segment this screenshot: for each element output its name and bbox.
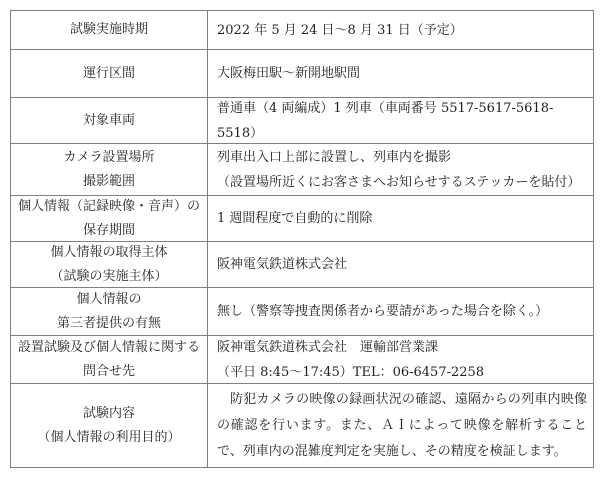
label-line: 試験実施時期 (70, 18, 148, 42)
row-value: 阪神電気鉄道株式会社 (208, 242, 593, 287)
table-row: カメラ設置場所 撮影範囲 列車出入口上部に設置し、列車内を撮影 （設置場所近くに… (11, 143, 593, 195)
row-label: 試験内容 （個人情報の利用目的） (11, 384, 208, 467)
row-value: 1 週間程度で自動的に削除 (208, 196, 593, 241)
row-label: 設置試験及び個人情報に関する 問合せ先 (11, 336, 208, 383)
table-row: 個人情報の取得主体 （試験の実施主体） 阪神電気鉄道株式会社 (11, 241, 593, 287)
value-line: 阪神電気鉄道株式会社 (217, 252, 587, 277)
row-value: 防犯カメラの映像の録画状況の確認、遠隔からの列車内映像の確認を行います。また、Ａ… (208, 384, 593, 467)
row-value: 列車出入口上部に設置し、列車内を撮影 （設置場所近くにお客さまへお知らせするステ… (208, 144, 593, 195)
value-line: （平日 8:45～17:45）TEL：06-6457-2258 (217, 360, 587, 385)
table-row: 個人情報の 第三者提供の有無 無し（警察等捜査関係者から要請があった場合を除く。… (11, 287, 593, 335)
table-row: 試験実施時期 2022 年 5 月 24 日～8 月 31 日（予定） (11, 11, 593, 49)
row-value: 普通車（4 両編成）1 列車（車両番号 5517-5617-5618-5518） (208, 98, 593, 143)
value-line: （設置場所近くにお客さまへお知らせするステッカーを貼付） (217, 170, 587, 195)
table-row: 対象車両 普通車（4 両編成）1 列車（車両番号 5517-5617-5618-… (11, 97, 593, 143)
row-label: 対象車両 (11, 98, 208, 143)
label-line: 個人情報の取得主体 (50, 241, 167, 265)
value-line: 阪神電気鉄道株式会社 運輸部営業課 (217, 335, 587, 360)
row-value: 無し（警察等捜査関係者から要請があった場合を除く。） (208, 288, 593, 335)
label-line: 対象車両 (83, 109, 135, 133)
label-line: （個人情報の利用目的） (37, 426, 180, 450)
value-paragraph: 防犯カメラの映像の録画状況の確認、遠隔からの列車内映像の確認を行います。また、Ａ… (217, 387, 587, 465)
row-label: 運行区間 (11, 50, 208, 97)
value-line: 無し（警察等捜査関係者から要請があった場合を除く。） (217, 299, 587, 324)
row-label: 個人情報の取得主体 （試験の実施主体） (11, 242, 208, 287)
value-line: 1 週間程度で自動的に削除 (217, 206, 587, 231)
table-row: 設置試験及び個人情報に関する 問合せ先 阪神電気鉄道株式会社 運輸部営業課 （平… (11, 335, 593, 383)
label-line: （試験の実施主体） (50, 265, 167, 289)
label-line: 問合せ先 (83, 360, 135, 384)
row-label: 試験実施時期 (11, 11, 208, 49)
label-line: 個人情報（記録映像・音声）の (18, 195, 200, 219)
value-line: 列車出入口上部に設置し、列車内を撮影 (217, 145, 587, 170)
info-table: 試験実施時期 2022 年 5 月 24 日～8 月 31 日（予定） 運行区間… (10, 10, 594, 468)
table-row: 試験内容 （個人情報の利用目的） 防犯カメラの映像の録画状況の確認、遠隔からの列… (11, 383, 593, 467)
row-label: 個人情報（記録映像・音声）の 保存期間 (11, 196, 208, 241)
label-line: 保存期間 (83, 219, 135, 243)
row-value: 大阪梅田駅～新開地駅間 (208, 50, 593, 97)
row-label: カメラ設置場所 撮影範囲 (11, 144, 208, 195)
value-line: 普通車（4 両編成）1 列車（車両番号 5517-5617-5618-5518） (217, 96, 587, 146)
row-value: 2022 年 5 月 24 日～8 月 31 日（予定） (208, 11, 593, 49)
label-line: カメラ設置場所 (63, 146, 154, 170)
table-row: 個人情報（記録映像・音声）の 保存期間 1 週間程度で自動的に削除 (11, 195, 593, 241)
value-line: 大阪梅田駅～新開地駅間 (217, 61, 587, 86)
label-line: 個人情報の (76, 288, 141, 312)
value-line: 2022 年 5 月 24 日～8 月 31 日（予定） (217, 18, 587, 43)
label-line: 第三者提供の有無 (57, 312, 161, 336)
row-value: 阪神電気鉄道株式会社 運輸部営業課 （平日 8:45～17:45）TEL：06-… (208, 336, 593, 383)
label-line: 設置試験及び個人情報に関する (18, 336, 200, 360)
label-line: 運行区間 (83, 62, 135, 86)
label-line: 試験内容 (83, 402, 135, 426)
row-label: 個人情報の 第三者提供の有無 (11, 288, 208, 335)
table-row: 運行区間 大阪梅田駅～新開地駅間 (11, 49, 593, 97)
label-line: 撮影範囲 (83, 170, 135, 194)
